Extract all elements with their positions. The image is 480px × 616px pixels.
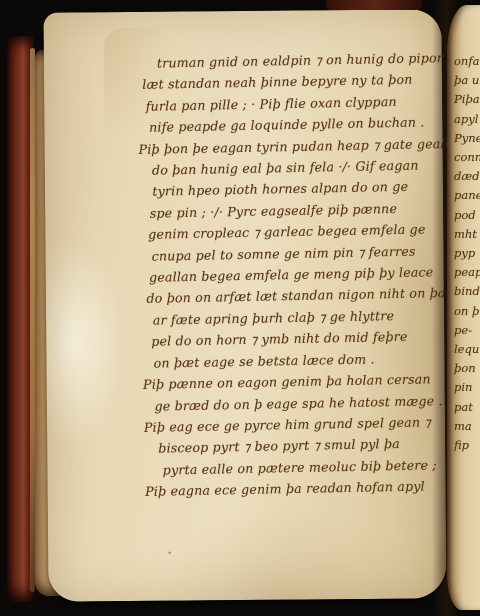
- facing-page-text-line: lequ: [454, 340, 480, 359]
- facing-page-text-line: Pyne: [454, 129, 480, 148]
- binding-sliver: [326, 0, 422, 10]
- facing-page-text-line: onfa: [454, 52, 480, 71]
- facing-page-text-line: fip: [454, 436, 480, 455]
- facing-page-text-line: þon: [454, 359, 480, 378]
- manuscript-photo: truman gnid on ealdpin ⁊ on hunig do pip…: [0, 0, 480, 616]
- facing-page-text-line: pe-: [454, 321, 480, 340]
- facing-page-text-line: pin: [454, 378, 480, 397]
- facing-page-text-line: apyl: [454, 110, 480, 129]
- facing-page-text-line: pat: [454, 398, 480, 417]
- facing-page-text-line: bind: [454, 282, 480, 301]
- facing-page-text-fragments: onfaþa uPiþaapylPyneconndædpanepodmhtpyp…: [454, 52, 480, 455]
- facing-page-text-line: conn: [454, 148, 480, 167]
- facing-page-text-line: pod: [454, 206, 480, 225]
- facing-page-text-line: pyp: [454, 244, 480, 263]
- facing-page-text-line: mht: [454, 225, 480, 244]
- facing-page-text-line: þa u: [454, 71, 480, 90]
- facing-page-text-line: Piþa: [454, 90, 480, 109]
- parchment-speck: [168, 552, 171, 554]
- facing-page-text-line: dæd: [454, 167, 480, 186]
- facing-page-text-line: on þ: [454, 302, 480, 321]
- facing-page-text-line: pane: [454, 186, 480, 205]
- facing-page-text-line: ma: [454, 417, 480, 436]
- facing-page-text-line: peap: [454, 263, 480, 282]
- manuscript-text-block: truman gnid on ealdpin ⁊ on hunig do pip…: [137, 47, 448, 502]
